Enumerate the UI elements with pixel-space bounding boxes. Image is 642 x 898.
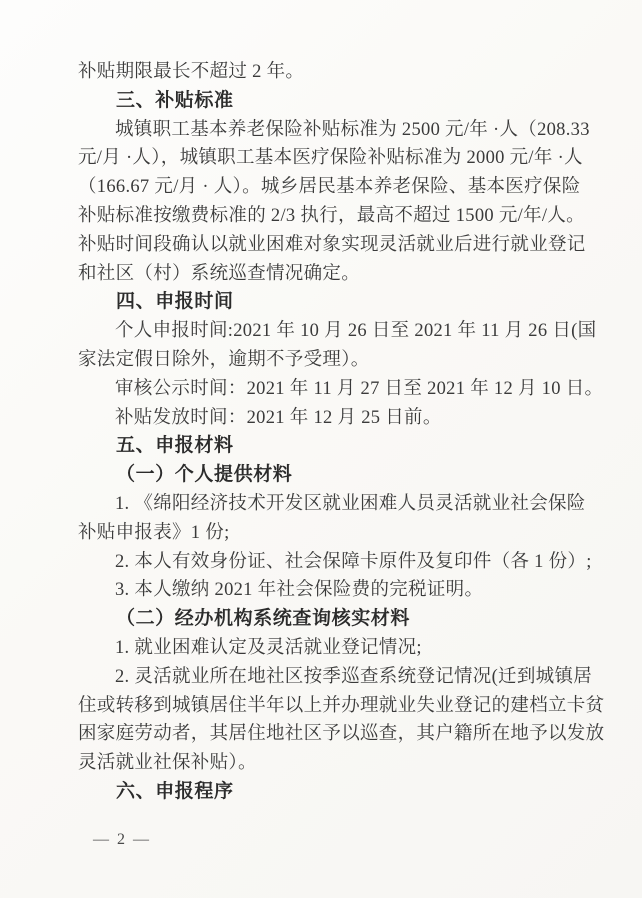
section-heading: 六、申报程序 bbox=[78, 778, 584, 807]
section-heading: 五、申报材料 bbox=[78, 432, 584, 461]
text-line: 元/月 ·人），城镇职工基本医疗保险补贴标准为 2000 元/年 ·人 bbox=[78, 144, 584, 173]
text-line: 城镇职工基本养老保险补贴标准为 2500 元/年 ·人（208.33 bbox=[78, 116, 584, 145]
section-heading: 三、补贴标准 bbox=[78, 87, 584, 116]
text-line: （166.67 元/月 · 人）。城乡居民基本养老保险、基本医疗保险 bbox=[78, 173, 584, 202]
text-line: 补贴发放时间：2021 年 12 月 25 日前。 bbox=[78, 404, 584, 433]
text-line: 困家庭劳动者，其居住地社区予以巡查，其户籍所在地予以发放 bbox=[78, 720, 584, 749]
text-line: 补贴时间段确认以就业困难对象实现灵活就业后进行就业登记 bbox=[78, 231, 584, 260]
text-line: 住或转移到城镇居住半年以上并办理就业失业登记的建档立卡贫 bbox=[78, 692, 584, 721]
text-line: 1. 《绵阳经济技术开发区就业困难人员灵活就业社会保险 bbox=[78, 490, 584, 519]
section-heading: （二）经办机构系统查询核实材料 bbox=[78, 605, 584, 634]
text-line: 补贴标准按缴费标准的 2/3 执行，最高不超过 1500 元/年/人。 bbox=[78, 202, 584, 231]
text-line: 和社区（村）系统巡查情况确定。 bbox=[78, 260, 584, 289]
section-heading: 四、申报时间 bbox=[78, 288, 584, 317]
text-line: 补贴申报表》1 份; bbox=[78, 519, 584, 548]
text-line: 2. 灵活就业所在地社区按季巡查系统登记情况(迁到城镇居 bbox=[78, 663, 584, 692]
text-line: 补贴期限最长不超过 2 年。 bbox=[78, 58, 584, 87]
document-body: 补贴期限最长不超过 2 年。三、补贴标准城镇职工基本养老保险补贴标准为 2500… bbox=[78, 58, 584, 807]
text-line: 审核公示时间：2021 年 11 月 27 日至 2021 年 12 月 10 … bbox=[78, 375, 584, 404]
page-number: — 2 — bbox=[93, 830, 151, 850]
text-line: 2. 本人有效身份证、社会保障卡原件及复印件（各 1 份）; bbox=[78, 548, 584, 577]
text-line: 家法定假日除外，逾期不予受理）。 bbox=[78, 346, 584, 375]
text-line: 1. 就业困难认定及灵活就业登记情况; bbox=[78, 634, 584, 663]
scanned-document-page: 补贴期限最长不超过 2 年。三、补贴标准城镇职工基本养老保险补贴标准为 2500… bbox=[0, 0, 642, 898]
section-heading: （一）个人提供材料 bbox=[78, 461, 584, 490]
text-line: 个人申报时间:2021 年 10 月 26 日至 2021 年 11 月 26 … bbox=[78, 317, 584, 346]
text-line: 灵活就业社保补贴）。 bbox=[78, 749, 584, 778]
text-line: 3. 本人缴纳 2021 年社会保险费的完税证明。 bbox=[78, 576, 584, 605]
